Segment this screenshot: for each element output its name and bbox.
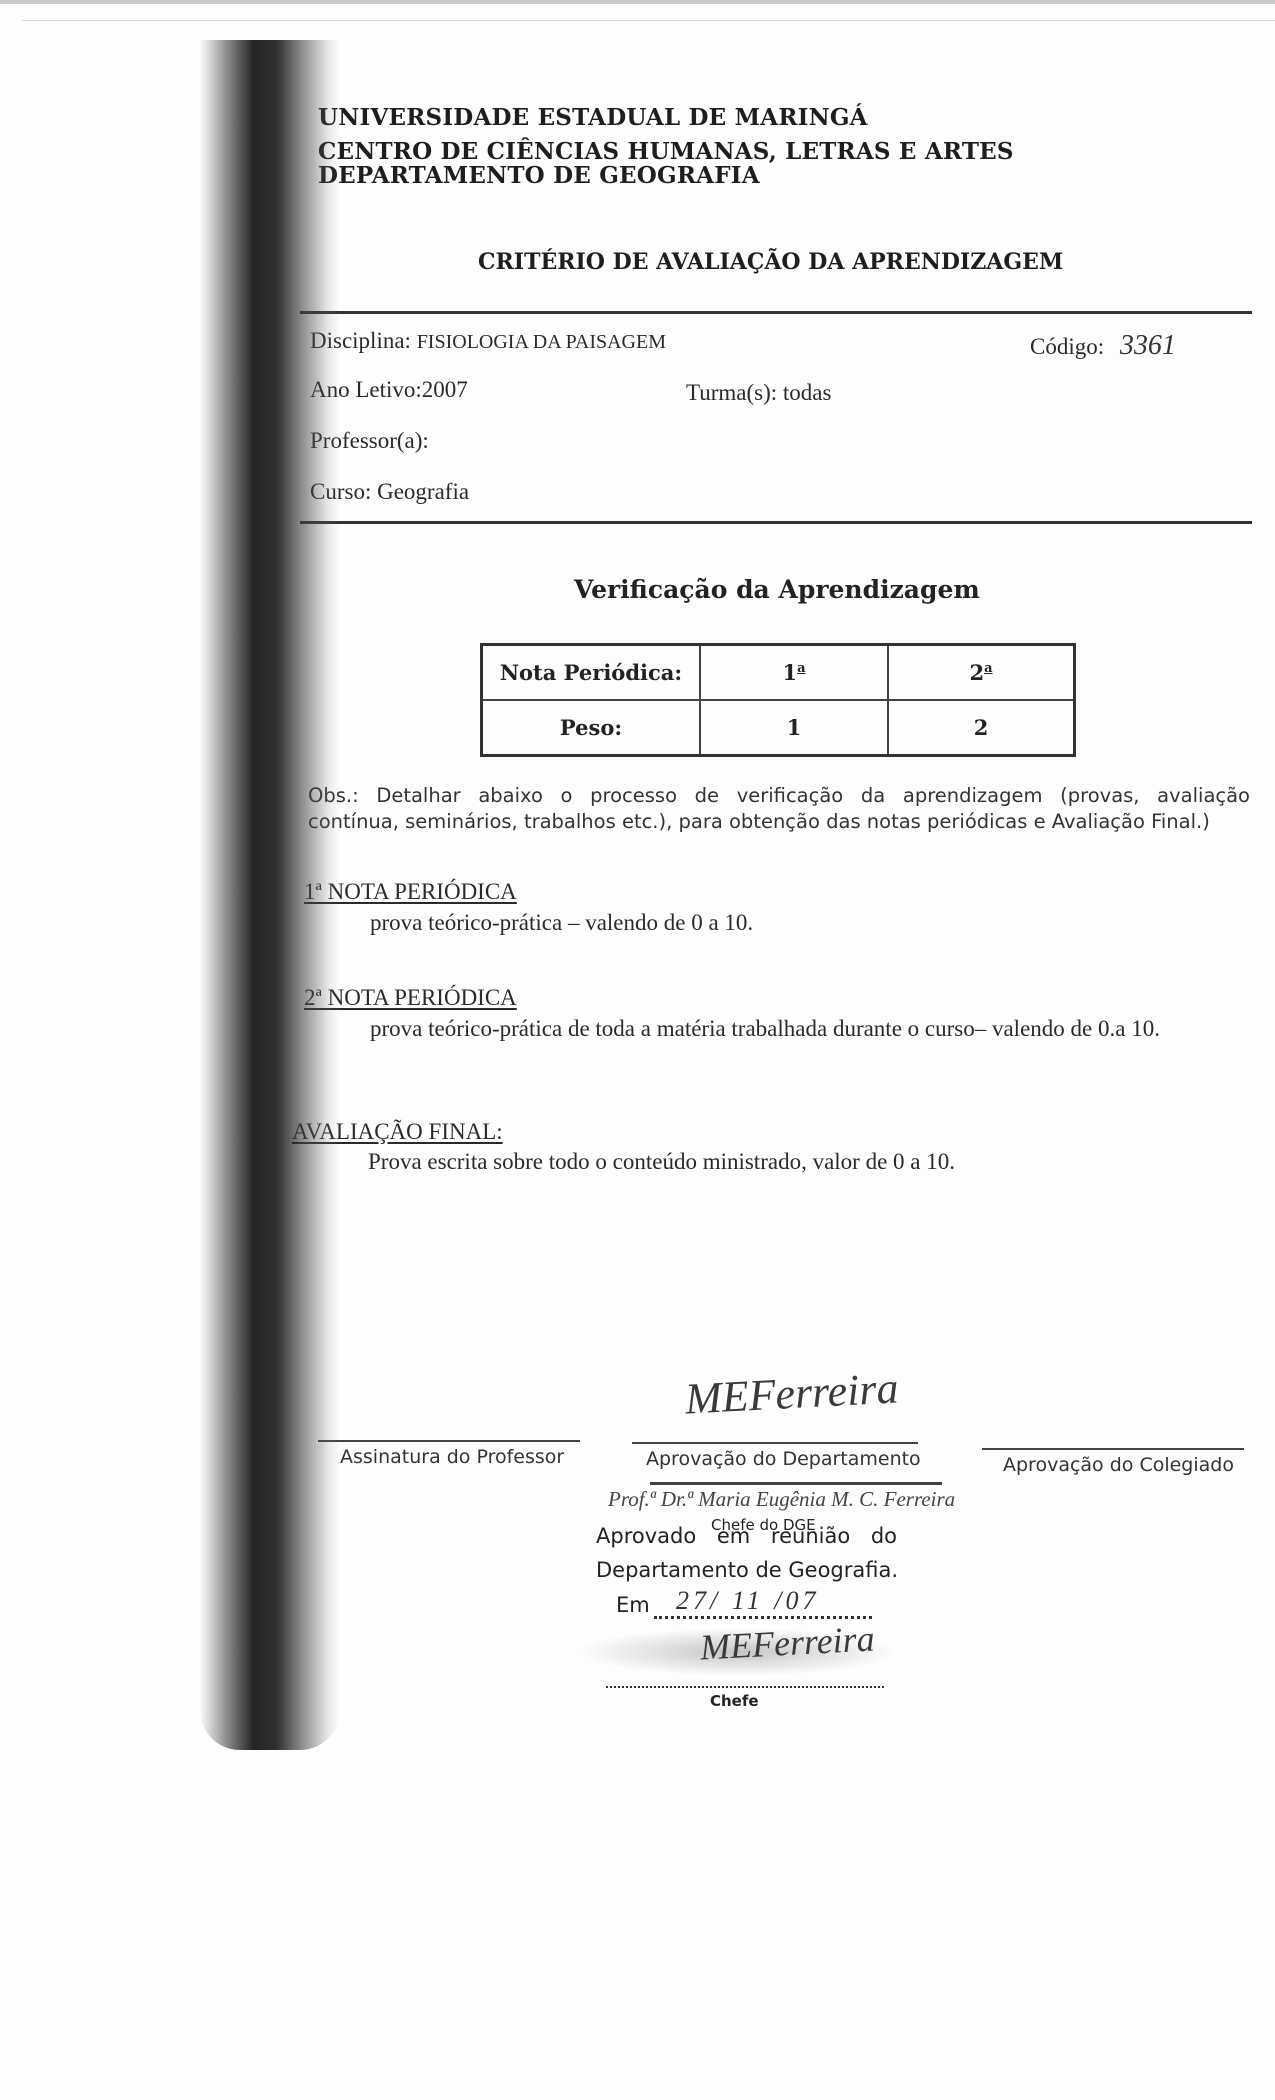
- section-1-heading: 1ª NOTA PERIÓDICA: [304, 879, 517, 905]
- curso-label: Curso:: [310, 479, 371, 504]
- period-1-number: 1: [782, 660, 797, 685]
- professor-signature-label: Assinatura do Professor: [340, 1446, 564, 1468]
- table-row: Nota Periódica: 1a 2a: [482, 645, 1075, 701]
- section-2-heading: 2ª NOTA PERIÓDICA: [304, 985, 517, 1011]
- period-2-cell: 2a: [888, 645, 1075, 701]
- turma-field: Turma(s): todas: [686, 380, 831, 406]
- period-2-weight: 2: [888, 700, 1075, 756]
- department-approval-label: Aprovação do Departamento: [646, 1448, 921, 1470]
- department-approval-line: [632, 1442, 918, 1444]
- period-1-ordinal: a: [797, 661, 805, 676]
- department-signature: MEFerreira: [684, 1362, 900, 1424]
- stamp-line-2: Departamento de Geografia.: [596, 1558, 898, 1582]
- final-evaluation-text: Prova escrita sobre todo o conteúdo mini…: [368, 1149, 955, 1175]
- period-2-number: 2: [969, 660, 984, 685]
- curso-value: Geografia: [377, 479, 469, 504]
- top-rule: [300, 311, 1252, 314]
- table-row: Peso: 1 2: [482, 700, 1075, 756]
- scan-border: [0, 0, 1275, 4]
- document-title: CRITÉRIO DE AVALIAÇÃO DA APRENDIZAGEM: [478, 249, 1063, 275]
- ano-letivo-field: Ano Letivo:2007: [310, 377, 468, 403]
- stamp-line-1: Aprovado em reunião do: [596, 1524, 897, 1548]
- disciplina-value: FISIOLOGIA DA PAISAGEM: [417, 331, 666, 353]
- turma-label: Turma(s):: [686, 380, 777, 405]
- period-1-weight: 1: [700, 700, 888, 756]
- final-evaluation-heading: AVALIAÇÃO FINAL:: [292, 1119, 503, 1145]
- nota-periodica-header: Nota Periódica:: [482, 645, 701, 701]
- observation-line-1: Obs.: Detalhar abaixo o processo de veri…: [308, 783, 1250, 809]
- period-1-cell: 1a: [700, 645, 888, 701]
- colegiado-approval-label: Aprovação do Colegiado: [1003, 1454, 1234, 1476]
- fields-bottom-rule: [300, 521, 1252, 524]
- section-1-text: prova teórico-prática – valendo de 0 a 1…: [370, 910, 753, 936]
- stamp-name: Prof.ª Dr.ª Maria Eugênia M. C. Ferreira: [608, 1487, 955, 1512]
- peso-header: Peso:: [482, 700, 701, 756]
- stamp-date-value: 27/ 11 /07: [676, 1586, 820, 1616]
- professor-field: Professor(a):: [310, 428, 429, 454]
- stamp-signature-line: [606, 1686, 884, 1688]
- department-name: DEPARTAMENTO DE GEOGRAFIA: [318, 162, 760, 189]
- disciplina-label: Disciplina:: [310, 328, 411, 353]
- professor-label: Professor(a):: [310, 428, 429, 453]
- disciplina-field: Disciplina: FISIOLOGIA DA PAISAGEM: [310, 328, 666, 354]
- ano-value: 2007: [422, 377, 468, 402]
- curso-field: Curso: Geografia: [310, 479, 469, 505]
- stamp-rule: [650, 1482, 942, 1485]
- verification-title: Verificação da Aprendizagem: [574, 575, 980, 604]
- grade-weight-table: Nota Periódica: 1a 2a Peso: 1 2: [480, 643, 1076, 757]
- stamp-date-prefix: Em: [616, 1593, 650, 1617]
- colegiado-approval-line: [982, 1448, 1244, 1450]
- professor-signature-line: [318, 1440, 580, 1442]
- codigo-value: 3361: [1120, 330, 1176, 361]
- ano-label: Ano Letivo:: [310, 377, 422, 402]
- observation-note: Obs.: Detalhar abaixo o processo de veri…: [308, 783, 1250, 835]
- codigo-field: Código: 3361: [1030, 330, 1176, 362]
- observation-line-2: contínua, seminários, trabalhos etc.), p…: [308, 809, 1250, 835]
- turma-value: todas: [783, 380, 832, 405]
- institution-name: UNIVERSIDADE ESTADUAL DE MARINGÁ: [318, 104, 868, 131]
- stamp-footer: Chefe: [710, 1692, 759, 1710]
- section-2-text: prova teórico-prática de toda a matéria …: [370, 1016, 1160, 1042]
- codigo-label: Código:: [1030, 334, 1104, 359]
- period-2-ordinal: a: [984, 661, 992, 676]
- center-name: CENTRO DE CIÊNCIAS HUMANAS, LETRAS E ART…: [318, 138, 1014, 165]
- page-edge: [22, 20, 1275, 21]
